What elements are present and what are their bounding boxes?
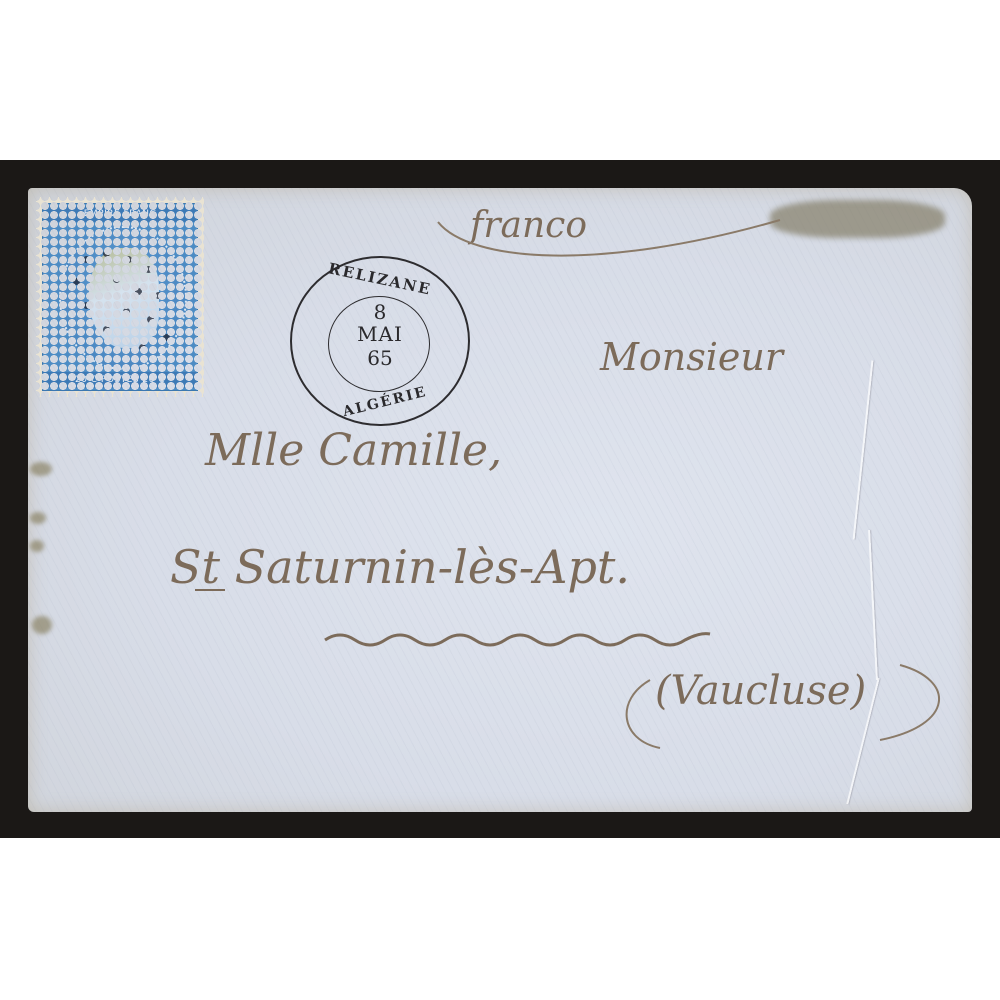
stamp-bottom-legend: 20 C POSTES 20 C xyxy=(43,372,197,388)
salutation: Monsieur xyxy=(600,335,783,379)
cancel-dot xyxy=(125,256,132,263)
stain xyxy=(30,512,46,524)
postmark-day: 8 xyxy=(360,300,400,324)
recipient-town: St Saturnin-lès-Apt. xyxy=(170,540,630,594)
stain xyxy=(30,462,52,476)
cancel-dot xyxy=(155,292,162,299)
cancel-dot xyxy=(123,308,130,315)
postmark-year: 65 xyxy=(352,346,408,370)
ink-scribble xyxy=(770,200,945,238)
cancel-dot xyxy=(163,334,170,341)
cancel-dot xyxy=(73,278,80,285)
recipient-department: (Vaucluse) xyxy=(655,668,866,714)
circular-postmark: RELIZANE 8 MAI 65 ALGÉRIE xyxy=(290,256,470,426)
stamp-face: EMPIRE FRANC 20 C POSTES 20 C xyxy=(42,203,198,391)
cancel-dot xyxy=(135,288,142,295)
postage-stamp: EMPIRE FRANC 20 C POSTES 20 C xyxy=(36,197,204,397)
stain xyxy=(30,540,44,552)
napoleon-portrait-icon xyxy=(89,248,159,348)
cancel-dot xyxy=(113,276,120,283)
cancel-dot xyxy=(83,256,90,263)
recipient-name: Mlle Camille, xyxy=(205,425,502,476)
cancel-dot xyxy=(83,302,90,309)
cancel-dot xyxy=(103,250,110,257)
franking-note: franco xyxy=(470,205,587,246)
stamp-medallion xyxy=(59,226,187,370)
stamp-top-legend: EMPIRE FRANC xyxy=(43,206,197,222)
postmark-month: MAI xyxy=(352,322,408,346)
cancel-dot xyxy=(139,344,146,351)
cancel-dot xyxy=(147,316,154,323)
cancel-dot xyxy=(145,266,152,273)
stain xyxy=(32,616,52,634)
cancel-dot xyxy=(103,326,110,333)
